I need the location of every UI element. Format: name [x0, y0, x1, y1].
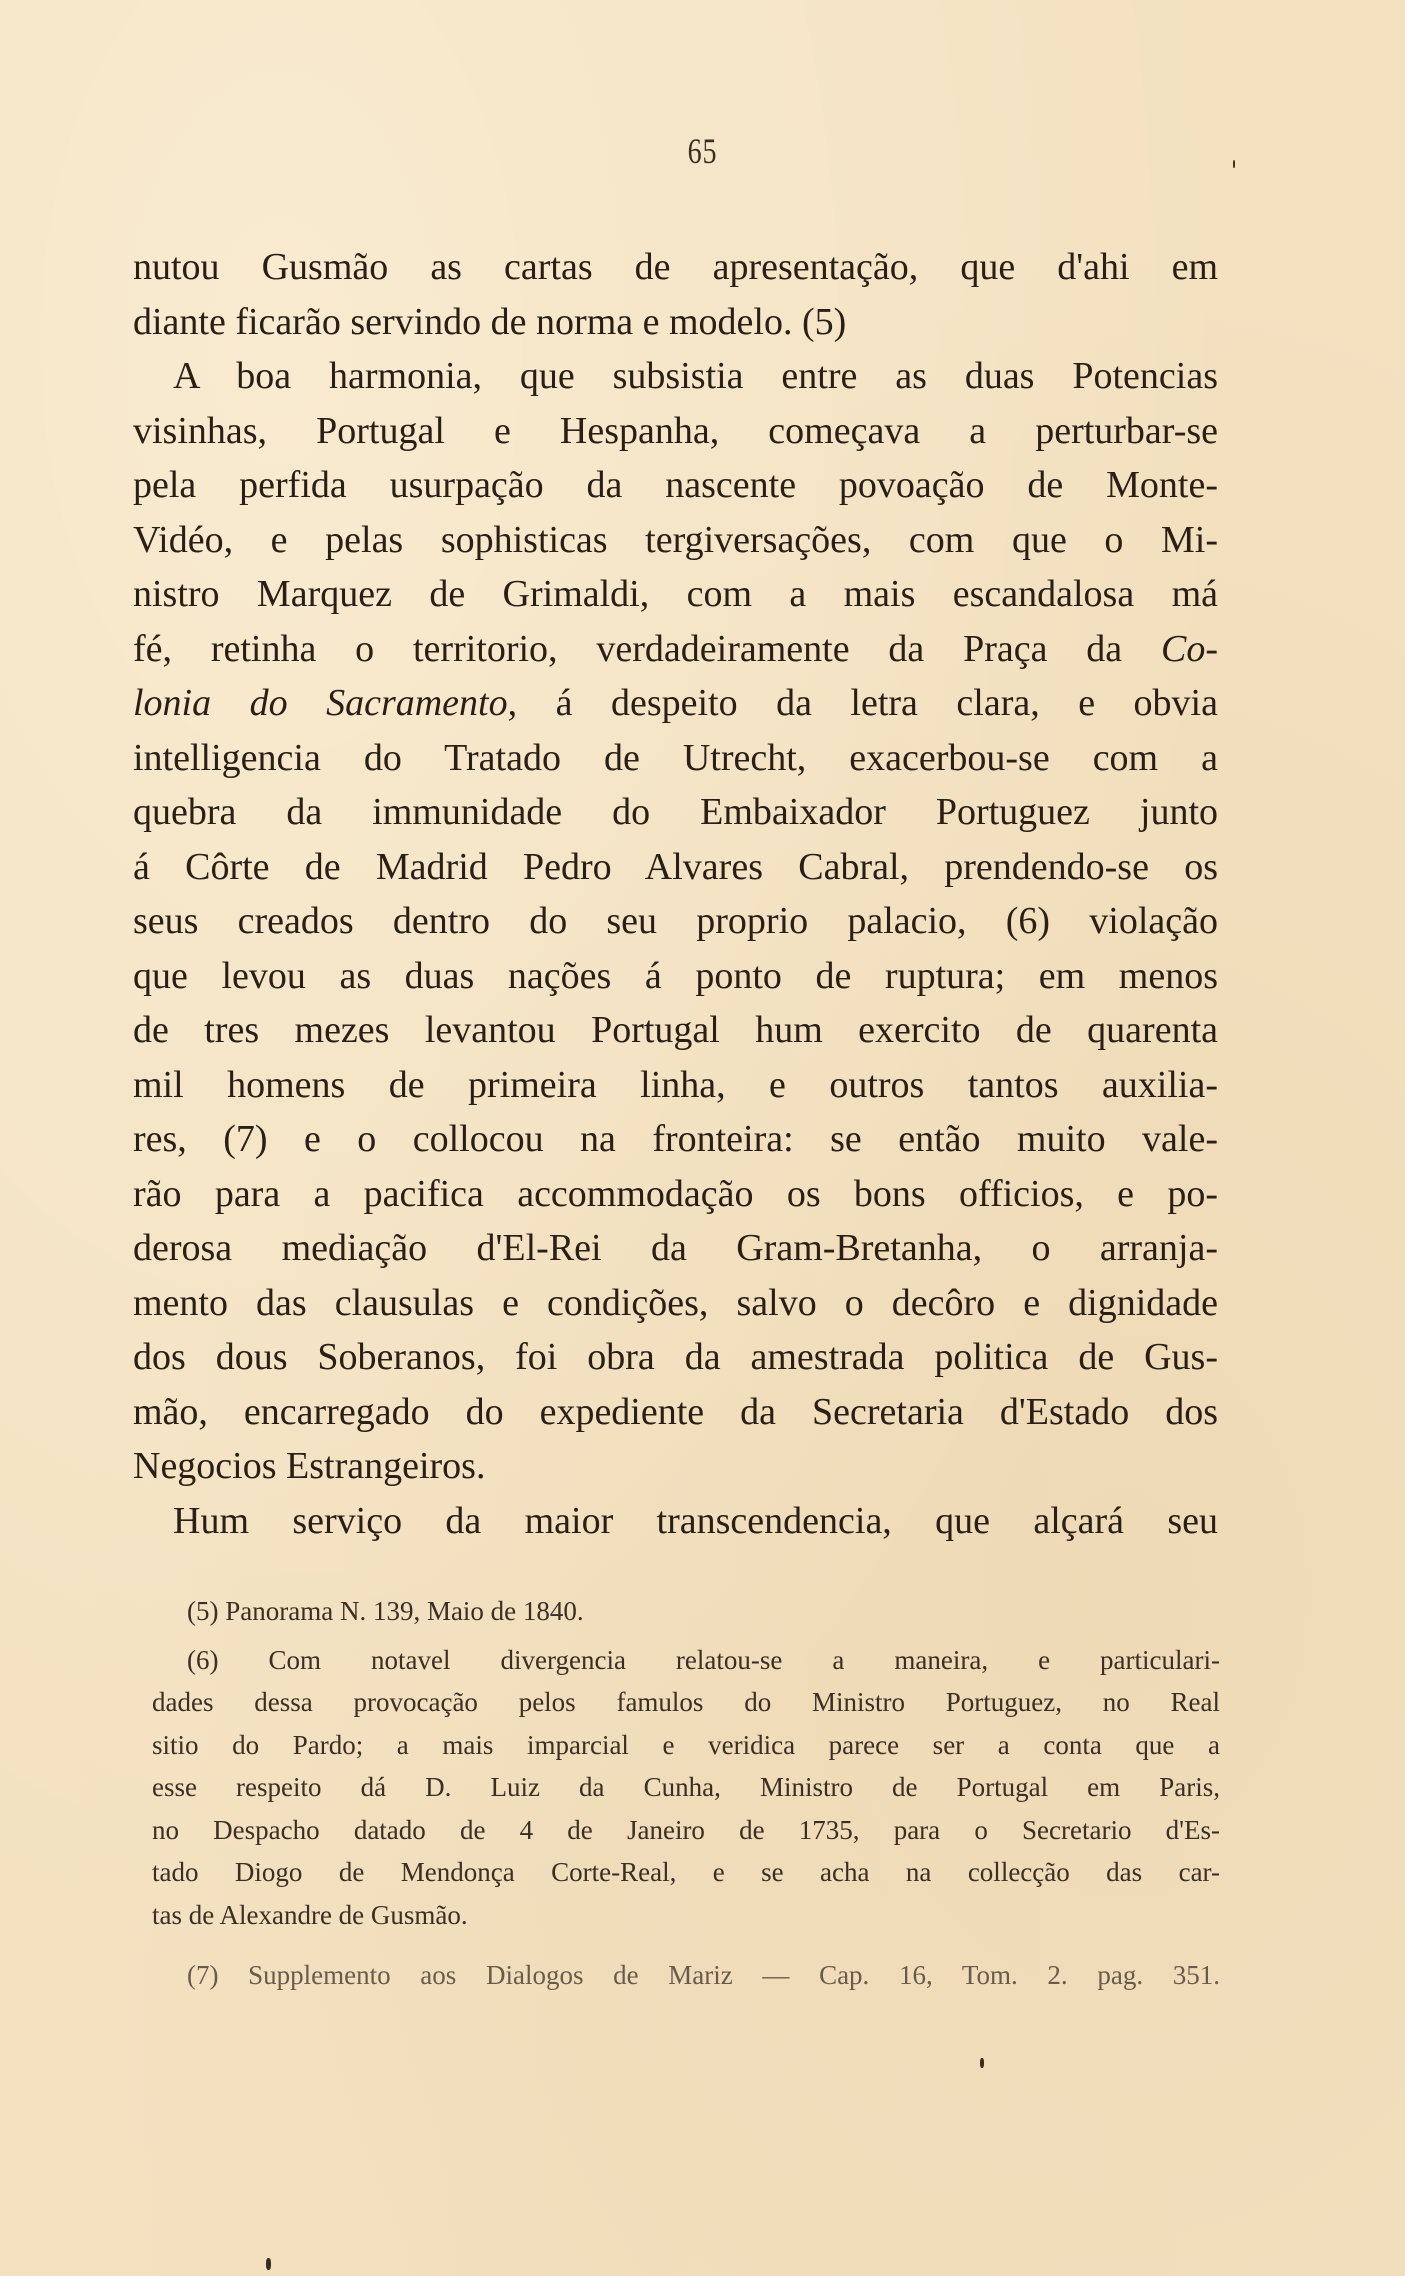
- text-segment: , á despeito da letra clara, e obvia: [508, 682, 1218, 724]
- text-line: diante ficarão servindo de norma e model…: [133, 295, 1218, 350]
- footnotes-block: (5) Panorama N. 139, Maio de 1840. (6) C…: [152, 1590, 1220, 1997]
- text-line: mão, encarregado do expediente da Secret…: [133, 1385, 1218, 1440]
- footnote-7: (7) Supplemento aos Dialogos de Mariz — …: [152, 1954, 1220, 1997]
- paper-speck: [1233, 160, 1235, 168]
- paragraph-start-line: Hum serviço da maior transcendencia, que…: [133, 1494, 1218, 1549]
- text-line: nutou Gusmão as cartas de apresentação, …: [133, 240, 1218, 295]
- footnote-6-line: no Despacho datado de 4 de Janeiro de 17…: [152, 1809, 1220, 1852]
- text-line: dos dous Soberanos, foi obra da amestrad…: [133, 1330, 1218, 1385]
- footnote-6-line: sitio do Pardo; a mais imparcial e verid…: [152, 1724, 1220, 1767]
- footnote-6-line: dades dessa provocação pelos famulos do …: [152, 1681, 1220, 1724]
- text-line: quebra da immunidade do Embaixador Portu…: [133, 785, 1218, 840]
- footnote-6-line: (6) Com notavel divergencia relatou-se a…: [152, 1639, 1220, 1682]
- text-line: intelligencia do Tratado de Utrecht, exa…: [133, 731, 1218, 786]
- text-line: mil homens de primeira linha, e outros t…: [133, 1058, 1218, 1113]
- text-line: fé, retinha o territorio, verdadeirament…: [133, 622, 1218, 677]
- text-line: derosa mediação d'El-Rei da Gram-Bretanh…: [133, 1221, 1218, 1276]
- paper-speck: [980, 2058, 984, 2068]
- footnote-6-line: tas de Alexandre de Gusmão.: [152, 1894, 1220, 1937]
- italic-segment: Co-: [1161, 628, 1218, 670]
- main-text-block: nutou Gusmão as cartas de apresentação, …: [133, 240, 1218, 1548]
- text-line: seus creados dentro do seu proprio palac…: [133, 894, 1218, 949]
- text-line: Vidéo, e pelas sophisticas tergiversaçõe…: [133, 513, 1218, 568]
- text-line: Negocios Estrangeiros.: [133, 1439, 1218, 1494]
- text-segment: fé, retinha o territorio, verdadeirament…: [133, 628, 1161, 670]
- text-line: que levou as duas nações á ponto de rupt…: [133, 949, 1218, 1004]
- text-line: lonia do Sacramento, á despeito da letra…: [133, 676, 1218, 731]
- paragraph-start-line: A boa harmonia, que subsistia entre as d…: [133, 349, 1218, 404]
- footnote-6-line: tado Diogo de Mendonça Corte-Real, e se …: [152, 1851, 1220, 1894]
- text-line: visinhas, Portugal e Hespanha, começava …: [133, 404, 1218, 459]
- paper-speck: [266, 2258, 271, 2270]
- text-line: á Côrte de Madrid Pedro Alvares Cabral, …: [133, 840, 1218, 895]
- text-line: nistro Marquez de Grimaldi, com a mais e…: [133, 567, 1218, 622]
- italic-place-name: lonia do Sacramento: [133, 682, 508, 724]
- text-line: mento das clausulas e condições, salvo o…: [133, 1276, 1218, 1331]
- text-line: pela perfida usurpação da nascente povoa…: [133, 458, 1218, 513]
- footnote-5: (5) Panorama N. 139, Maio de 1840.: [152, 1590, 1220, 1633]
- page-number: 65: [155, 130, 1251, 172]
- footnote-6-line: esse respeito dá D. Luiz da Cunha, Minis…: [152, 1766, 1220, 1809]
- text-line: de tres mezes levantou Portugal hum exer…: [133, 1003, 1218, 1058]
- text-line: res, (7) e o collocou na fronteira: se e…: [133, 1112, 1218, 1167]
- text-line: rão para a pacifica accommodação os bons…: [133, 1167, 1218, 1222]
